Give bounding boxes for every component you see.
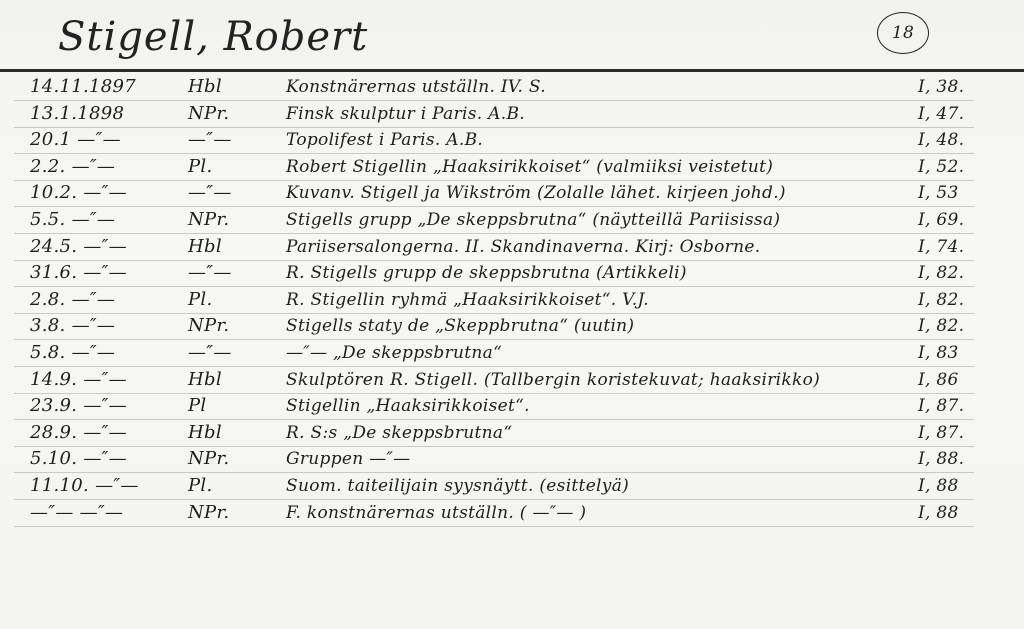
entry-row: 13.1.1898NPr.Finsk skulptur i Paris. A.B… [0, 101, 1024, 128]
entry-row: 23.9. —″—PlStigellin „Haaksirikkoiset“.I… [0, 393, 1024, 420]
entry-date: 5.5. —″— [30, 209, 180, 230]
entry-date: 2.2. —″— [30, 156, 180, 177]
entry-date: 28.9. —″— [30, 422, 180, 443]
entry-source: NPr. [188, 103, 268, 124]
entry-date: 5.8. —″— [30, 342, 180, 363]
entry-reference: I, 83 [918, 343, 1008, 363]
entry-reference: I, 82. [918, 263, 1008, 283]
entry-description: Finsk skulptur i Paris. A.B. [286, 104, 906, 124]
entry-source: NPr. [188, 315, 268, 336]
entry-source: —″— [188, 342, 268, 363]
entry-reference: I, 88. [918, 449, 1008, 469]
entry-row: 31.6. —″——″—R. Stigells grupp de skeppsb… [0, 260, 1024, 287]
entry-date: 2.8. —″— [30, 289, 180, 310]
entry-description: Kuvanv. Stigell ja Wikström (Zolalle läh… [286, 183, 906, 203]
entry-row: 11.10. —″—Pl.Suom. taiteilijain syysnäyt… [0, 473, 1024, 500]
entry-description: Skulptören R. Stigell. (Tallbergin koris… [286, 370, 906, 390]
entry-reference: I, 69. [918, 210, 1008, 230]
entry-source: Pl [188, 395, 268, 416]
entry-date: 24.5. —″— [30, 236, 180, 257]
entry-date: 31.6. —″— [30, 262, 180, 283]
entry-row: 3.8. —″—NPr.Stigells staty de „Skeppbrut… [0, 313, 1024, 340]
entry-description: Suom. taiteilijain syysnäytt. (esittelyä… [286, 476, 906, 496]
entry-description: Robert Stigellin „Haaksirikkoiset“ (valm… [286, 157, 906, 177]
entry-source: Pl. [188, 156, 268, 177]
entry-source: Pl. [188, 289, 268, 310]
entry-reference: I, 88 [918, 476, 1008, 496]
entry-reference: I, 88 [918, 503, 1008, 523]
entry-reference: I, 74. [918, 237, 1008, 257]
entry-reference: I, 38. [918, 77, 1008, 97]
entry-reference: I, 48. [918, 130, 1008, 150]
entry-date: 14.11.1897 [30, 76, 180, 97]
entry-source: Hbl [188, 369, 268, 390]
entry-source: Hbl [188, 236, 268, 257]
entry-date: 14.9. —″— [30, 369, 180, 390]
entry-row: 5.5. —″—NPr.Stigells grupp „De skeppsbru… [0, 207, 1024, 234]
entry-date: 23.9. —″— [30, 395, 180, 416]
header-divider [0, 69, 1024, 72]
entry-reference: I, 87. [918, 423, 1008, 443]
entry-description: F. konstnärernas utställn. ( —″— ) [286, 503, 906, 523]
card-title-name: Stigell, Robert [58, 14, 368, 60]
entry-description: R. Stigells grupp de skeppsbrutna (Artik… [286, 263, 906, 283]
entry-reference: I, 82. [918, 290, 1008, 310]
entry-source: NPr. [188, 209, 268, 230]
entry-row: —″— —″—NPr.F. konstnärernas utställn. ( … [0, 500, 1024, 527]
entry-row: 2.2. —″—Pl.Robert Stigellin „Haaksirikko… [0, 154, 1024, 181]
entry-description: —″— „De skeppsbrutna“ [286, 343, 906, 363]
entry-description: R. S:s „De skeppsbrutna“ [286, 423, 906, 443]
entry-date: 20.1 —″— [30, 129, 180, 150]
entry-description: Konstnärernas utställn. IV. S. [286, 77, 906, 97]
entry-reference: I, 87. [918, 396, 1008, 416]
entry-row: 10.2. —″——″—Kuvanv. Stigell ja Wikström … [0, 180, 1024, 207]
entry-description: Stigellin „Haaksirikkoiset“. [286, 396, 906, 416]
entry-description: Pariisersalongerna. II. Skandinaverna. K… [286, 237, 906, 257]
entry-source: —″— [188, 129, 268, 150]
entry-date: 3.8. —″— [30, 315, 180, 336]
card-number-circle: 18 [877, 12, 929, 54]
entry-reference: I, 52. [918, 157, 1008, 177]
entry-date: —″— —″— [30, 502, 180, 523]
entry-description: Topolifest i Paris. A.B. [286, 130, 906, 150]
entry-source: NPr. [188, 448, 268, 469]
entry-description: R. Stigellin ryhmä „Haaksirikkoiset“. V.… [286, 290, 906, 310]
entry-reference: I, 86 [918, 370, 1008, 390]
entry-row: 28.9. —″—HblR. S:s „De skeppsbrutna“I, 8… [0, 420, 1024, 447]
entry-reference: I, 47. [918, 104, 1008, 124]
entry-source: —″— [188, 262, 268, 283]
entry-source: —″— [188, 182, 268, 203]
index-card: Stigell, Robert 18 14.11.1897HblKonstnär… [0, 0, 1024, 629]
entry-source: Hbl [188, 76, 268, 97]
entry-reference: I, 53 [918, 183, 1008, 203]
entry-date: 11.10. —″— [30, 475, 180, 496]
entry-row: 20.1 —″——″—Topolifest i Paris. A.B.I, 48… [0, 127, 1024, 154]
entry-description: Stigells grupp „De skeppsbrutna“ (näytte… [286, 210, 906, 230]
ruled-line [14, 526, 974, 527]
entry-row: 2.8. —″—Pl.R. Stigellin ryhmä „Haaksirik… [0, 287, 1024, 314]
entry-row: 14.9. —″—HblSkulptören R. Stigell. (Tall… [0, 367, 1024, 394]
entry-row: 5.8. —″——″——″— „De skeppsbrutna“I, 83 [0, 340, 1024, 367]
entry-date: 13.1.1898 [30, 103, 180, 124]
entry-source: Hbl [188, 422, 268, 443]
entry-date: 5.10. —″— [30, 448, 180, 469]
entry-description: Gruppen —″— [286, 449, 906, 469]
entry-date: 10.2. —″— [30, 182, 180, 203]
entry-description: Stigells staty de „Skeppbrutna“ (uutin) [286, 316, 906, 336]
entry-reference: I, 82. [918, 316, 1008, 336]
card-number: 18 [892, 23, 914, 43]
entry-source: Pl. [188, 475, 268, 496]
entry-source: NPr. [188, 502, 268, 523]
entry-row: 14.11.1897HblKonstnärernas utställn. IV.… [0, 74, 1024, 101]
entry-row: 5.10. —″—NPr.Gruppen —″—I, 88. [0, 446, 1024, 473]
entry-row: 24.5. —″—HblPariisersalongerna. II. Skan… [0, 234, 1024, 261]
